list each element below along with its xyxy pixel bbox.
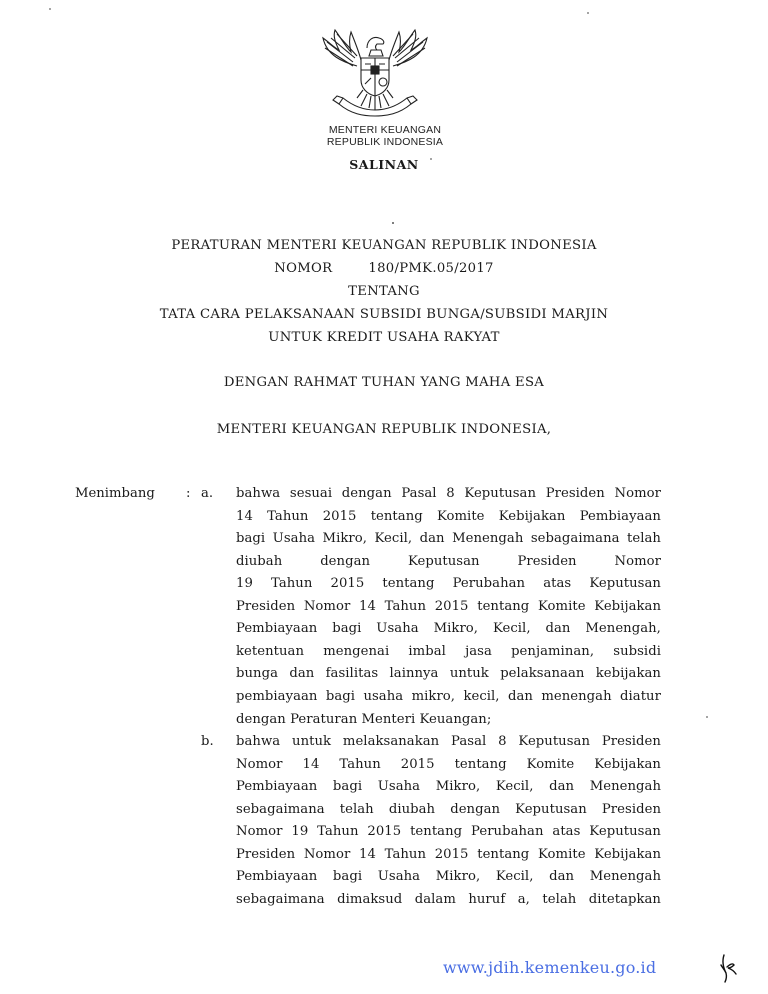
menimbang-a-line: dengan Peraturan Menteri Keuangan; — [236, 712, 661, 727]
regulation-number: NOMOR180/PMK.05/2017 — [0, 261, 768, 276]
scan-speck — [392, 222, 394, 224]
menimbang-a-line: bagiUsahaMikro,Kecil,danMenengahsebagaim… — [236, 531, 661, 546]
scan-speck — [706, 716, 708, 718]
regulation-subject-line-2: UNTUK KREDIT USAHA RAKYAT — [0, 330, 768, 345]
scan-speck — [430, 158, 432, 160]
copy-stamp: SALINAN — [0, 157, 768, 172]
issuing-authority: MENTERI KEUANGAN REPUBLIK INDONESIA, — [0, 422, 768, 437]
nomor-label: NOMOR — [274, 261, 332, 276]
menimbang-b-line: bahwauntukmelaksanakanPasal8KeputusanPre… — [236, 734, 661, 749]
regulation-subject-line-1: TATA CARA PELAKSANAAN SUBSIDI BUNGA/SUBS… — [0, 307, 768, 322]
menimbang-b-line: Nomor19Tahun2015tentangPerubahanatasKepu… — [236, 824, 661, 839]
menimbang-b-line: sebagaimanadimaksuddalamhurufa,telahdite… — [236, 892, 661, 907]
menimbang-b-line: PembiayaanbagiUsahaMikro,Kecil,danMeneng… — [236, 779, 661, 794]
menimbang-a-line: PresidenNomor14Tahun2015tentangKomiteKeb… — [236, 599, 661, 614]
menimbang-b-line: PembiayaanbagiUsahaMikro,Kecil,danMeneng… — [236, 869, 661, 884]
menimbang-label: Menimbang — [75, 486, 155, 501]
menimbang-a-line: 14Tahun2015tentangKomiteKebijakanPembiay… — [236, 509, 661, 524]
scan-speck — [49, 8, 51, 10]
garuda-emblem-icon — [313, 26, 437, 120]
menimbang-a-line: bungadanfasilitaslainnyauntukpelaksanaan… — [236, 666, 661, 681]
regulation-title: PERATURAN MENTERI KEUANGAN REPUBLIK INDO… — [0, 238, 768, 253]
menimbang-a-line: diubahdenganKeputusanPresidenNomor — [236, 554, 661, 569]
menimbang-a-line: PembiayaanbagiUsahaMikro,Kecil,danMeneng… — [236, 621, 661, 636]
menimbang-b-line: sebagaimanatelahdiubahdenganKeputusanPre… — [236, 802, 661, 817]
ministry-name: MENTERI KEUANGAN — [1, 124, 768, 136]
item-a-marker: a. — [201, 486, 213, 501]
menimbang-a-line: pembiayaanbagiusahamikro,kecil,danmeneng… — [236, 689, 661, 704]
scan-speck — [587, 12, 589, 14]
menimbang-a-line: bahwasesuaidenganPasal8KeputusanPresiden… — [236, 486, 661, 501]
jdih-website-link[interactable]: www.jdih.kemenkeu.go.id — [443, 958, 656, 977]
country-name: REPUBLIK INDONESIA — [1, 136, 768, 148]
menimbang-colon: : — [186, 486, 190, 501]
tentang-label: TENTANG — [0, 284, 768, 299]
paraf-signature-icon — [718, 953, 740, 983]
menimbang-a-line: 19Tahun2015tentangPerubahanatasKeputusan — [236, 576, 661, 591]
item-b-marker: b. — [201, 734, 214, 749]
menimbang-b-line: Nomor14Tahun2015tentangKomiteKebijakan — [236, 757, 661, 772]
menimbang-b-line: PresidenNomor14Tahun2015tentangKomiteKeb… — [236, 847, 661, 862]
menimbang-a-line: ketentuanmengenaiimbaljasapenjaminan,sub… — [236, 644, 661, 659]
invocation: DENGAN RAHMAT TUHAN YANG MAHA ESA — [0, 375, 768, 390]
nomor-value: 180/PMK.05/2017 — [368, 261, 493, 276]
